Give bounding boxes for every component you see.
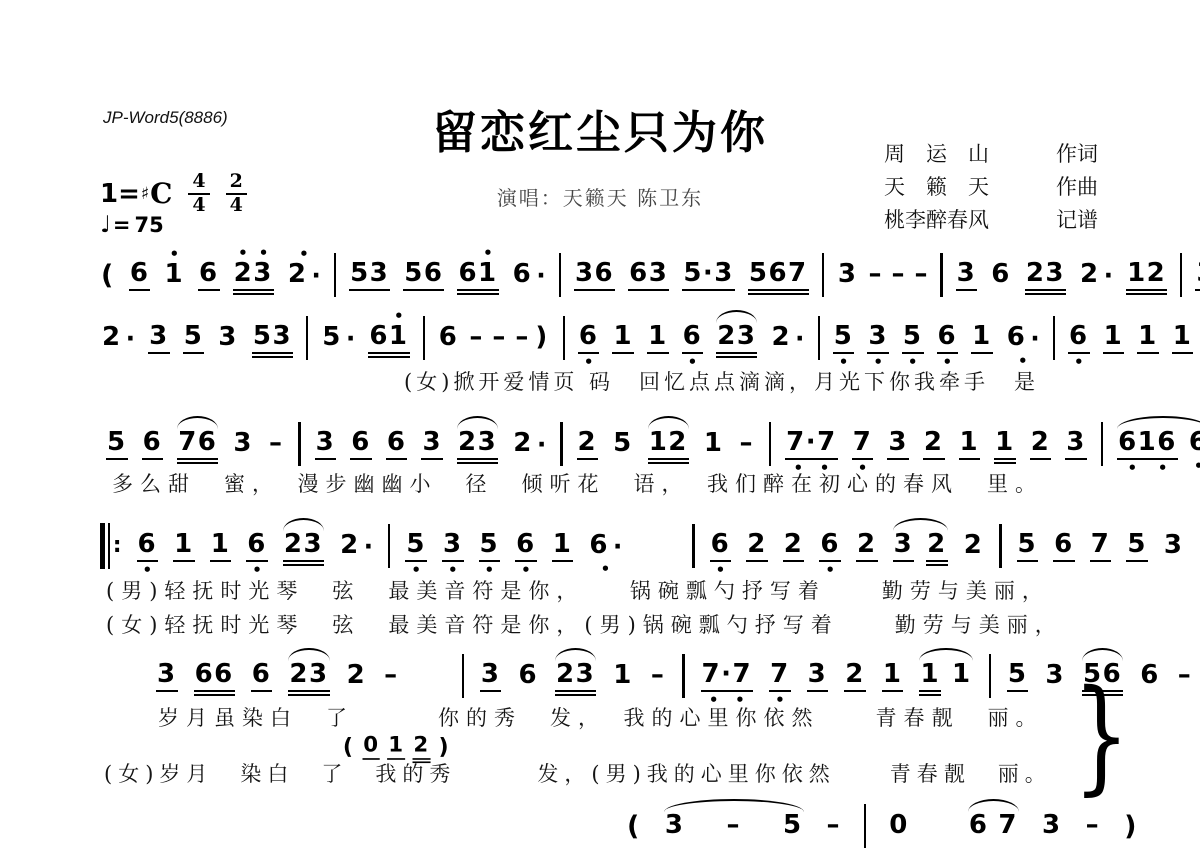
note-text: (	[626, 813, 642, 840]
octave-dots-below: •	[578, 359, 600, 365]
note-token: 7•	[769, 661, 791, 692]
note-token: 6	[386, 429, 408, 460]
note-token: 7·7••	[701, 661, 754, 692]
note-token: 6•	[710, 531, 732, 562]
credit-composer: 天 籁 天 作曲	[884, 171, 1098, 204]
credit-name: 天 籁 天	[884, 171, 989, 204]
note-token: 23	[716, 323, 757, 354]
note-token: 6•	[515, 531, 537, 562]
note-token: 6	[1139, 662, 1161, 691]
note-text: 23	[288, 661, 329, 692]
octave-dots-below: •	[137, 567, 159, 573]
quarter-note-icon: ♩	[100, 212, 111, 238]
note-token: 63	[628, 260, 669, 291]
credit-name: 周 运 山	[884, 138, 989, 171]
note-text: 3	[480, 661, 502, 692]
dash-extension: –	[515, 324, 528, 350]
note-text: 1	[612, 323, 634, 354]
parenthesis: )	[438, 736, 451, 758]
note-text: 1	[387, 734, 405, 759]
key-prefix: 1=	[100, 179, 140, 209]
note-token: 6	[990, 261, 1012, 290]
note-token: 2	[963, 532, 985, 561]
note-text: 3	[837, 261, 859, 290]
lyric-line: (女)岁月 染白 了 我的秀 发，(男)我的心里你依然 青春靓 丽。	[104, 758, 1052, 788]
augmentation-dot: ·	[1104, 263, 1114, 288]
note-token: 12	[1126, 260, 1167, 291]
note-text: )	[1123, 813, 1139, 840]
note-token: 1	[210, 531, 232, 562]
tempo-equals: =	[113, 213, 131, 237]
barline	[989, 654, 991, 698]
note-text: 23	[233, 260, 274, 291]
dash-extension: –	[738, 430, 755, 459]
note-token: 1	[647, 323, 669, 354]
note-token: 1	[1172, 323, 1194, 354]
note-token: 2	[923, 429, 945, 460]
note-text: 1	[1172, 323, 1194, 354]
barline	[682, 654, 684, 698]
tempo-marking: ♩ = 75	[100, 212, 164, 238]
note-token: 5•	[405, 531, 427, 562]
note-text: 0	[888, 812, 910, 841]
note-text: –	[268, 430, 285, 459]
note-token: 3	[1065, 429, 1087, 460]
note-token: 6	[350, 429, 372, 460]
note-token: 3	[807, 661, 829, 692]
note-text: 2	[746, 531, 768, 562]
note-text: 3	[887, 429, 909, 460]
time-signature-1: 4 4	[188, 172, 209, 216]
note-token: 3	[956, 260, 978, 291]
note-token: 6	[129, 260, 151, 291]
note-text: 0	[362, 734, 380, 759]
note-text: 3	[807, 661, 829, 692]
barline	[462, 654, 464, 698]
note-text: 6	[1068, 323, 1090, 354]
note-token: 1	[882, 661, 904, 692]
lyric-line: 多么甜 蜜， 漫步幽幽小 径 倾听花 语， 我们醉在初心的春风 里。	[112, 468, 1043, 498]
barline	[306, 316, 308, 360]
note-text: 6	[512, 261, 534, 290]
parenthesis: (	[100, 262, 116, 289]
time-sig-numerator: 2	[226, 172, 247, 195]
note-text: 2	[1079, 261, 1101, 290]
note-token: 3	[1041, 812, 1063, 841]
octave-dots-below: •	[588, 566, 622, 572]
time-sig-denominator: 4	[192, 195, 205, 216]
note-token: 2	[346, 662, 368, 691]
note-text: 2	[287, 261, 309, 290]
verse1-line2: 56763–3663232·25121–7·7••7•321123616••6•…	[106, 420, 1200, 468]
note-token: 3–––	[837, 261, 928, 290]
octave-dots-below: •	[1068, 359, 1090, 365]
note-token: 61•	[368, 323, 409, 354]
note-text: 6	[1053, 531, 1075, 562]
note-token: 2·	[1079, 261, 1113, 290]
note-token: 1	[959, 429, 981, 460]
note-text: 1	[882, 661, 904, 692]
note-text: 6	[1006, 324, 1028, 353]
note-text: 5	[106, 429, 128, 460]
note-text: –	[1085, 812, 1102, 841]
note-token: 7•	[852, 429, 874, 460]
note-text: 6	[517, 662, 539, 691]
note-text: 6	[198, 260, 220, 291]
note-token: 1	[612, 323, 634, 354]
note-text: 3	[1163, 532, 1185, 561]
credit-name: 桃李醉春风	[884, 204, 989, 237]
note-text: 6	[515, 531, 537, 562]
note-token: 1•	[163, 261, 185, 290]
octave-dots-below: •	[246, 567, 268, 573]
note-text: 53	[252, 323, 293, 354]
note-token: 616••	[1117, 429, 1178, 460]
octave-dots-below: ••	[1117, 465, 1178, 471]
note-token: 6•	[1188, 429, 1200, 458]
note-text: 61	[368, 323, 409, 354]
credit-role: 作词	[1056, 138, 1098, 171]
lyric-line: (男)轻抚时光琴 弦 最美音符是你， 锅碗瓢勺抒写着 勤劳与美丽，	[106, 575, 1050, 605]
octave-dots-below: •	[902, 359, 924, 365]
note-text: 7·7	[701, 661, 754, 692]
barline	[560, 422, 562, 466]
coda-line: (3–5–0673–)	[626, 802, 1139, 850]
octave-dots-below: •	[833, 359, 855, 365]
note-text: 3	[867, 323, 889, 354]
barline	[999, 524, 1001, 568]
note-token: 2	[856, 531, 878, 562]
note-text: 5	[405, 531, 427, 562]
note-token: 1	[703, 430, 725, 459]
note-token: 6•	[682, 323, 704, 354]
note-token: 2	[926, 531, 948, 562]
note-text: –	[725, 812, 742, 841]
octave-dots-below: •	[819, 567, 841, 573]
note-text: 23	[555, 661, 596, 692]
dash-extension: –	[826, 812, 843, 841]
augmentation-dot: ·	[364, 534, 374, 559]
note-text: 2	[923, 429, 945, 460]
note-text: 6	[246, 531, 268, 562]
note-token: 1	[173, 531, 195, 562]
note-token: 5•	[479, 531, 501, 562]
augmentation-dot: ·	[311, 263, 321, 288]
note-token: 23	[288, 661, 329, 692]
note-text: 53	[349, 260, 390, 291]
note-token: 5	[782, 812, 804, 841]
dash-extension: –	[725, 812, 742, 841]
note-token: 6	[517, 662, 539, 691]
note-text: 3	[1195, 260, 1200, 291]
spacer	[637, 546, 677, 547]
note-token: 6•	[819, 531, 841, 562]
note-text: 3	[956, 260, 978, 291]
note-text: 61	[457, 260, 498, 291]
note-token: 2	[1030, 429, 1052, 460]
note-text: 7	[1090, 531, 1112, 562]
note-text: 6	[350, 429, 372, 460]
note-token: 3•	[442, 531, 464, 562]
time-sig-denominator: 4	[230, 195, 243, 216]
time-signature-2: 2 4	[226, 172, 247, 216]
note-text: 5·3	[682, 260, 735, 291]
note-text: 6	[968, 812, 990, 841]
note-text: (	[100, 262, 116, 289]
note-text: 7	[852, 429, 874, 460]
note-token: 53	[252, 323, 293, 354]
spacer	[416, 676, 446, 677]
note-text: 5	[183, 323, 205, 354]
note-token: 1	[1137, 323, 1159, 354]
parenthesis: )	[534, 324, 549, 353]
note-text: 1	[647, 323, 669, 354]
note-token: 3	[421, 429, 443, 460]
note-text: 7	[997, 812, 1019, 841]
note-text: 5	[321, 324, 343, 353]
note-text: 2	[1030, 429, 1052, 460]
octave-dots-below: •	[1188, 463, 1200, 469]
note-token: 2	[844, 661, 866, 692]
note-text: 2	[856, 531, 878, 562]
barline	[563, 316, 565, 360]
curly-brace: }	[1073, 686, 1130, 786]
note-text: 3	[893, 531, 915, 562]
note-text: 2	[963, 532, 985, 561]
octave-dots-below: •	[682, 359, 704, 365]
sharp-icon: ♯	[141, 184, 149, 204]
note-token: 1	[1103, 323, 1125, 354]
note-text: 1	[612, 662, 634, 691]
note-token: 6	[968, 812, 990, 841]
dash-extension: –	[383, 662, 400, 691]
note-text: 6	[990, 261, 1012, 290]
augmentation-dot: ·	[613, 534, 623, 559]
barline	[334, 253, 336, 297]
note-token: 5	[612, 430, 634, 459]
note-text: 2	[844, 661, 866, 692]
note-text: 2	[413, 734, 431, 759]
note-text: 5	[833, 323, 855, 354]
note-text: 1	[703, 430, 725, 459]
note-text: 6	[129, 260, 151, 291]
note-text: 6	[819, 531, 841, 562]
note-token: 23	[555, 661, 596, 692]
key-letter: C	[150, 177, 172, 210]
note-text: 2	[783, 531, 805, 562]
note-token: 6	[142, 429, 164, 460]
augmentation-dot: ·	[536, 263, 546, 288]
note-text: 6	[142, 429, 164, 460]
note-text: )	[438, 736, 451, 758]
note-token: 3	[148, 323, 170, 354]
note-token: 6·	[512, 261, 546, 290]
octave-dots-below: •	[1006, 358, 1040, 364]
note-text: 5	[1007, 661, 1029, 692]
note-text: 6	[578, 323, 600, 354]
note-text: 1	[959, 429, 981, 460]
note-group: 3–5	[664, 812, 804, 841]
note-token: 567	[748, 260, 809, 291]
octave-dots-above: •	[163, 251, 185, 257]
note-token: 5	[1017, 531, 1039, 562]
note-text: –	[826, 812, 843, 841]
note-token: 1	[919, 661, 941, 692]
note-token: 5	[106, 429, 128, 460]
note-text: 23	[457, 429, 498, 460]
note-token: 23	[457, 429, 498, 460]
repeat-thin-bar	[108, 523, 110, 569]
dash-extension: –	[914, 261, 927, 287]
note-token: 12	[648, 429, 689, 460]
note-token: 1	[971, 323, 993, 354]
note-text: 1	[163, 261, 185, 290]
repeat-dots: :	[113, 535, 122, 557]
note-group: 32	[893, 531, 948, 562]
dash-extension: –	[1177, 662, 1194, 691]
note-token: 23	[283, 531, 324, 562]
note-token: 3	[232, 430, 254, 459]
note-text: 6	[710, 531, 732, 562]
note-text: 5	[902, 323, 924, 354]
note-token: 1	[612, 662, 634, 691]
dash-extension: –	[1085, 812, 1102, 841]
note-token: 23	[1025, 260, 1066, 291]
note-token: 6·•	[1006, 324, 1040, 353]
note-text: 1	[1103, 323, 1125, 354]
note-text: –	[383, 662, 400, 691]
note-text: 6	[251, 661, 273, 692]
verse1-line1: 2·353535·61•6–––)6•116•232·5•3•5•6•16·•6…	[101, 314, 1200, 362]
augmentation-dot: ·	[1030, 326, 1040, 351]
note-token: 66	[194, 661, 235, 692]
barline	[1180, 253, 1182, 297]
key-signature: 1=♯C 4 4 2 4	[100, 172, 247, 216]
barline	[1101, 422, 1103, 466]
note-text: 616	[1117, 429, 1178, 460]
credit-lyricist: 周 运 山 作词	[884, 138, 1098, 171]
barline	[818, 316, 820, 360]
note-text: 3	[232, 430, 254, 459]
octave-dots-below: •	[710, 567, 732, 573]
note-text: 5	[1126, 531, 1148, 562]
note-text: 6	[588, 532, 610, 561]
lyric-line: 岁月虽染白 了 你的秀 发， 我的心里你依然 青春靓 丽。	[158, 702, 1044, 732]
octave-dots-below: •	[442, 567, 464, 573]
dash-extension: –	[650, 662, 667, 691]
note-text: 2	[101, 324, 123, 353]
note-text: 3	[156, 661, 178, 692]
note-text: 3	[442, 531, 464, 562]
note-text: 1	[1137, 323, 1159, 354]
credit-transcriber: 桃李醉春风 记谱	[884, 204, 1098, 237]
note-token: 2	[746, 531, 768, 562]
note-token: 3•	[867, 323, 889, 354]
note-token: 3	[1044, 662, 1066, 691]
note-text: 6	[386, 429, 408, 460]
note-text: 1	[919, 661, 941, 692]
barline	[1053, 316, 1055, 360]
note-token: 3	[315, 429, 337, 460]
note-token: 1	[387, 734, 405, 759]
augmentation-dot: ·	[795, 326, 805, 351]
note-text: 2	[512, 430, 534, 459]
note-token: 3	[664, 812, 686, 841]
octave-dots-above: •	[368, 313, 409, 319]
note-text: 2	[346, 662, 368, 691]
octave-dots-below: •	[937, 359, 959, 365]
note-text: 3	[217, 324, 239, 353]
note-token: 5•	[902, 323, 924, 354]
note-token: 76	[177, 429, 218, 460]
note-text: 567	[748, 260, 809, 291]
parenthesis: (	[342, 736, 355, 758]
note-token: 6•	[937, 323, 959, 354]
note-text: –	[1177, 662, 1194, 691]
time-sig-numerator: 4	[188, 172, 209, 195]
note-token: 2·	[512, 430, 546, 459]
intro-line: (61•623••2·•535661•6·36635·35673–––36232…	[100, 251, 1200, 299]
note-text: –	[650, 662, 667, 691]
octave-dots-below: •	[405, 567, 427, 573]
note-text: 3	[421, 429, 443, 460]
note-text: (	[342, 736, 355, 758]
note-token: 2·•	[287, 261, 321, 290]
note-text: 7·7	[785, 429, 838, 460]
dash-extension: –	[891, 261, 904, 287]
credits-block: 周 运 山 作词 天 籁 天 作曲 桃李醉春风 记谱	[884, 138, 1098, 237]
note-token: 1	[951, 661, 973, 690]
note-token: 2·	[339, 532, 373, 561]
note-token: 6–––)	[438, 324, 550, 353]
parenthesis: (	[626, 813, 642, 840]
note-text: –	[738, 430, 755, 459]
note-text: 5	[612, 430, 634, 459]
note-text: 2	[577, 429, 599, 460]
note-token: 5	[1007, 661, 1029, 692]
note-token: 7	[997, 812, 1019, 841]
note-token: 2	[783, 531, 805, 562]
note-text: 3	[148, 323, 170, 354]
note-token: 7·7••	[785, 429, 838, 460]
barline	[423, 316, 425, 360]
barline	[692, 524, 694, 568]
note-text: 2	[770, 324, 792, 353]
note-text: 5	[1017, 531, 1039, 562]
note-token: 3	[893, 531, 915, 562]
note-token: 2	[413, 734, 431, 759]
barline	[769, 422, 771, 466]
note-token: 6•	[137, 531, 159, 562]
note-text: 1	[552, 531, 574, 562]
note-text: 6	[1139, 662, 1161, 691]
note-token: 6•	[246, 531, 268, 562]
note-token: 2·	[101, 324, 135, 353]
note-text: 3	[664, 812, 686, 841]
note-text: 76	[177, 429, 218, 460]
repeat-sign: :	[100, 523, 122, 569]
barline	[388, 524, 390, 568]
octave-dots-above: •	[457, 250, 498, 256]
note-token: 61•	[457, 260, 498, 291]
octave-dots-below: •	[867, 359, 889, 365]
note-token: 3	[1163, 532, 1185, 561]
note-text: 5	[479, 531, 501, 562]
dash-extension: –	[268, 430, 285, 459]
credit-role: 记谱	[1056, 204, 1098, 237]
note-token: 5•	[833, 323, 855, 354]
note-token: 53	[349, 260, 390, 291]
